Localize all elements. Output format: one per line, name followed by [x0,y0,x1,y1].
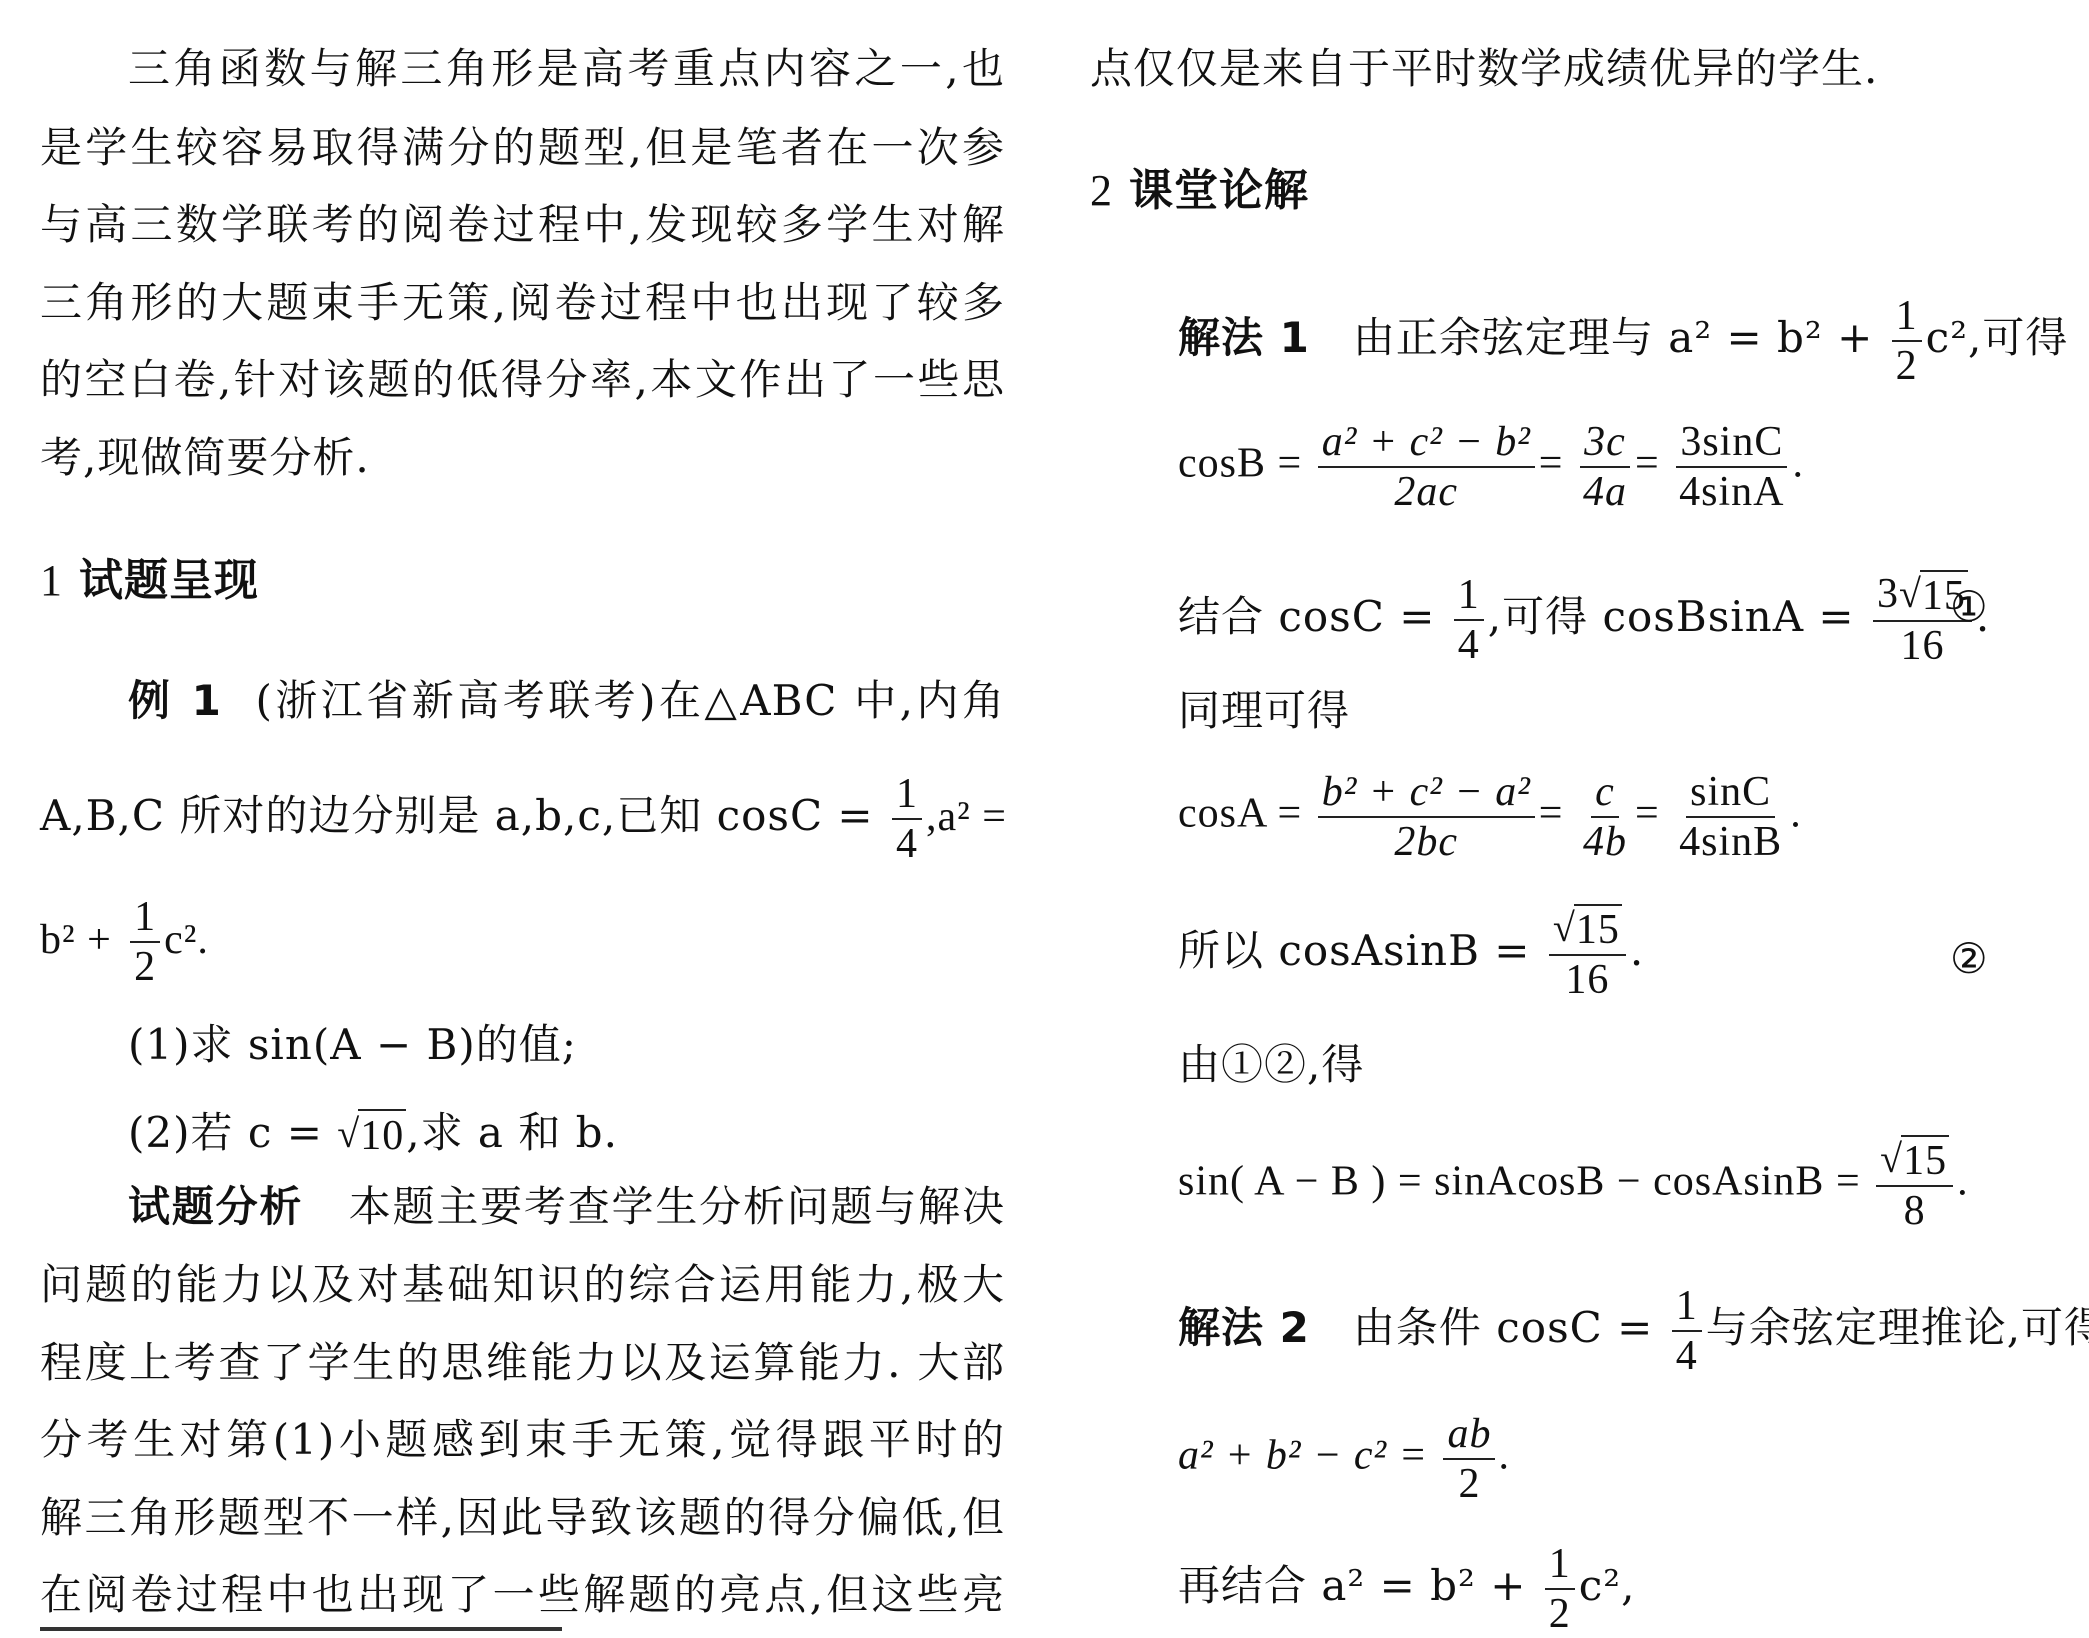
fraction: 12 [1892,292,1922,390]
similarly-line: 同理可得 [1178,686,1350,736]
intro-line-5: 的空白卷,针对该题的低得分率,本文作出了一些思 [40,355,1005,405]
fraction: √1516 [1549,904,1626,1004]
continuation-line: 点仅仅是来自于平时数学成绩优异的学生. [1090,44,1878,94]
analysis-line-2: 问题的能力以及对基础知识的综合运用能力,极大 [40,1260,1005,1310]
method-2-equation: a² + b² − c² = ab2. [1178,1410,1511,1508]
analysis-line-4: 分考生对第(1)小题感到束手无策,觉得跟平时的 [40,1415,1005,1465]
intro-line-2: 是学生较容易取得满分的题型,但是笔者在一次参 [40,123,1005,173]
example-conditions: A,B,C 所对的边分别是 a,b,c,已知 cosC = [40,791,874,840]
method-1-label: 解法 1 [1178,313,1310,362]
fraction: 12 [130,893,160,991]
example-line-1: 例 1 (浙江省新高考联考)在△ABC 中,内角 [40,676,1005,726]
example-text: 在△ABC 中,内角 [657,676,1005,725]
from-markers-line: 由①②,得 [1178,1040,1364,1090]
square-root: √10 [337,1109,406,1161]
fraction: 14 [1454,571,1484,669]
cosA-equation: cosA = b² + c² − a²2bc= c4b= sinC4sinB. [1178,768,1802,866]
cosB-equation: cosB = a² + c² − b²2ac= 3c4a= 3sinC4sinA… [1178,418,1804,516]
example-label: 例 1 [128,676,222,725]
footnote-divider [40,1627,562,1631]
analysis-line-5: 解三角形题型不一样,因此导致该题的得分偏低,但 [40,1493,1005,1543]
fraction: b² + c² − a²2bc [1318,768,1535,866]
example-line-3: b² + 12c². [40,893,209,991]
analysis-line-1: 试题分析 本题主要考查学生分析问题与解决 [40,1182,1005,1232]
section-number: 1 [40,556,63,605]
question-2: (2)若 c = √10,求 a 和 b. [128,1108,618,1161]
question-1: (1)求 sin(A − B)的值; [128,1020,577,1070]
fraction: 3c4a [1579,418,1631,516]
fraction: ab2 [1443,1410,1495,1508]
section-number: 2 [1090,166,1113,215]
section-2-heading: 2课堂论解 [1090,166,1309,216]
section-title: 试题呈现 [79,555,259,606]
therefore-line: 所以 cosAsinB = √1516. [1178,904,1644,1004]
analysis-label: 试题分析 [128,1182,303,1231]
fraction: 14 [892,770,922,868]
combine-line: 结合 cosC = 14,可得 cosBsinA = 3√1516. [1178,570,2050,670]
analysis-line-6: 在阅卷过程中也出现了一些解题的亮点,但这些亮 [40,1570,1005,1620]
section-1-heading: 1试题呈现 [40,556,259,606]
fraction: 12 [1545,1540,1575,1638]
section-title: 课堂论解 [1129,165,1309,216]
intro-line-1: 三角函数与解三角形是高考重点内容之一,也 [40,44,1005,94]
method-2-label: 解法 2 [1178,1303,1310,1352]
fraction: 3sinC4sinA [1675,418,1788,516]
fraction: √158 [1876,1135,1953,1235]
example-source: (浙江省新高考联考) [255,676,656,725]
final-equation: sin( A − B ) = sinAcosB − cosAsinB = √15… [1178,1135,1969,1235]
example-line-2: A,B,C 所对的边分别是 a,b,c,已知 cosC = 14,a² = [40,770,1007,868]
intro-line-3: 与高三数学联考的阅卷过程中,发现较多学生对解 [40,200,1005,250]
fraction: sinC4sinB [1675,768,1786,866]
fraction: 14 [1672,1282,1702,1380]
method-1-intro: 解法 1 由正余弦定理与 a² = b² + 12c²,可得 [1178,292,2068,390]
intro-line-6: 考,现做简要分析. [40,433,370,483]
square-root: √15 [1880,1135,1949,1185]
method-2-combine: 再结合 a² = b² + 12c², [1178,1540,1635,1638]
equation-marker-1: ① [1950,582,1989,632]
fraction: a² + c² − b²2ac [1318,418,1535,516]
equation-marker-2: ② [1950,934,1989,984]
method-2-intro: 解法 2 由条件 cosC = 14与余弦定理推论,可得 [1178,1282,2089,1380]
fraction: c4b [1579,768,1631,866]
intro-line-4: 三角形的大题束手无策,阅卷过程中也出现了较多 [40,278,1005,328]
analysis-line-3: 程度上考查了学生的思维能力以及运算能力. 大部 [40,1338,1005,1388]
square-root: √15 [1553,904,1622,954]
